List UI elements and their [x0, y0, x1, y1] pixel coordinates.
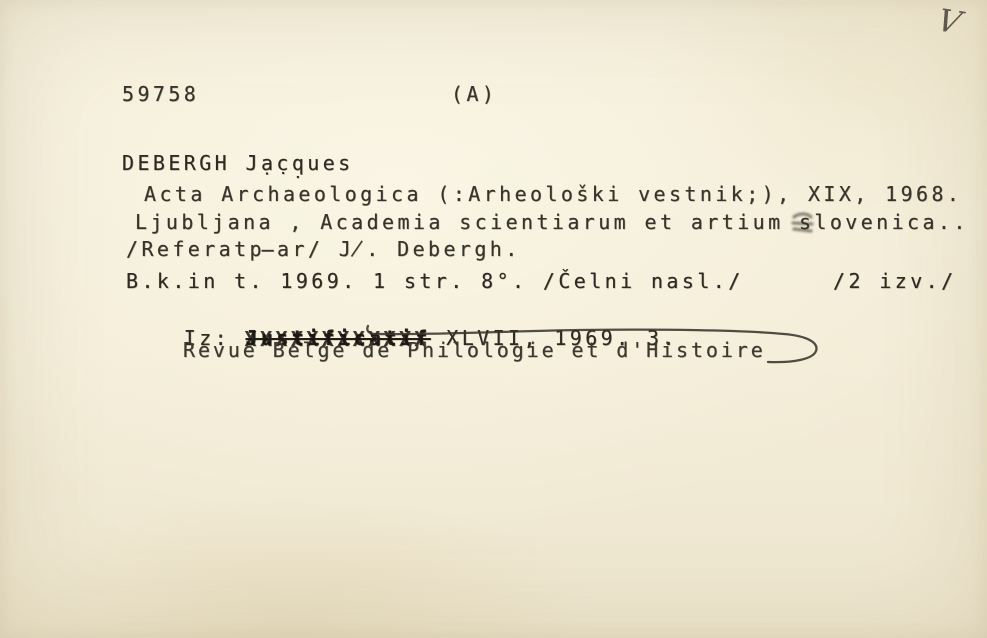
journal-title-line: Revue Belge de Philologie et d'Histoire	[183, 339, 766, 361]
section-mark: (A)	[451, 83, 497, 105]
checkmark-pencil-mark: V	[933, 3, 964, 41]
accession-number: 59758	[122, 83, 199, 105]
copies-note: /2 izv./	[833, 270, 957, 292]
imprint-line: Ljubljana , Academia scientiarum et arti…	[135, 211, 969, 233]
author-heading: DEBERGH Jạc̣q̣ues	[122, 152, 354, 174]
statement-of-responsibility-line: /Referatp̶ar/ J̸. Debergh.	[126, 238, 521, 260]
collation-line: B.k.in t. 1969. 1 str. 8°. /Čelni nasl./	[126, 270, 744, 292]
catalog-card: 59758 (A) DEBERGH Jạc̣q̣ues Acta Archae…	[0, 0, 987, 638]
title-line: Acta Archaeologica (:Arheološki vestnik;…	[144, 183, 962, 205]
